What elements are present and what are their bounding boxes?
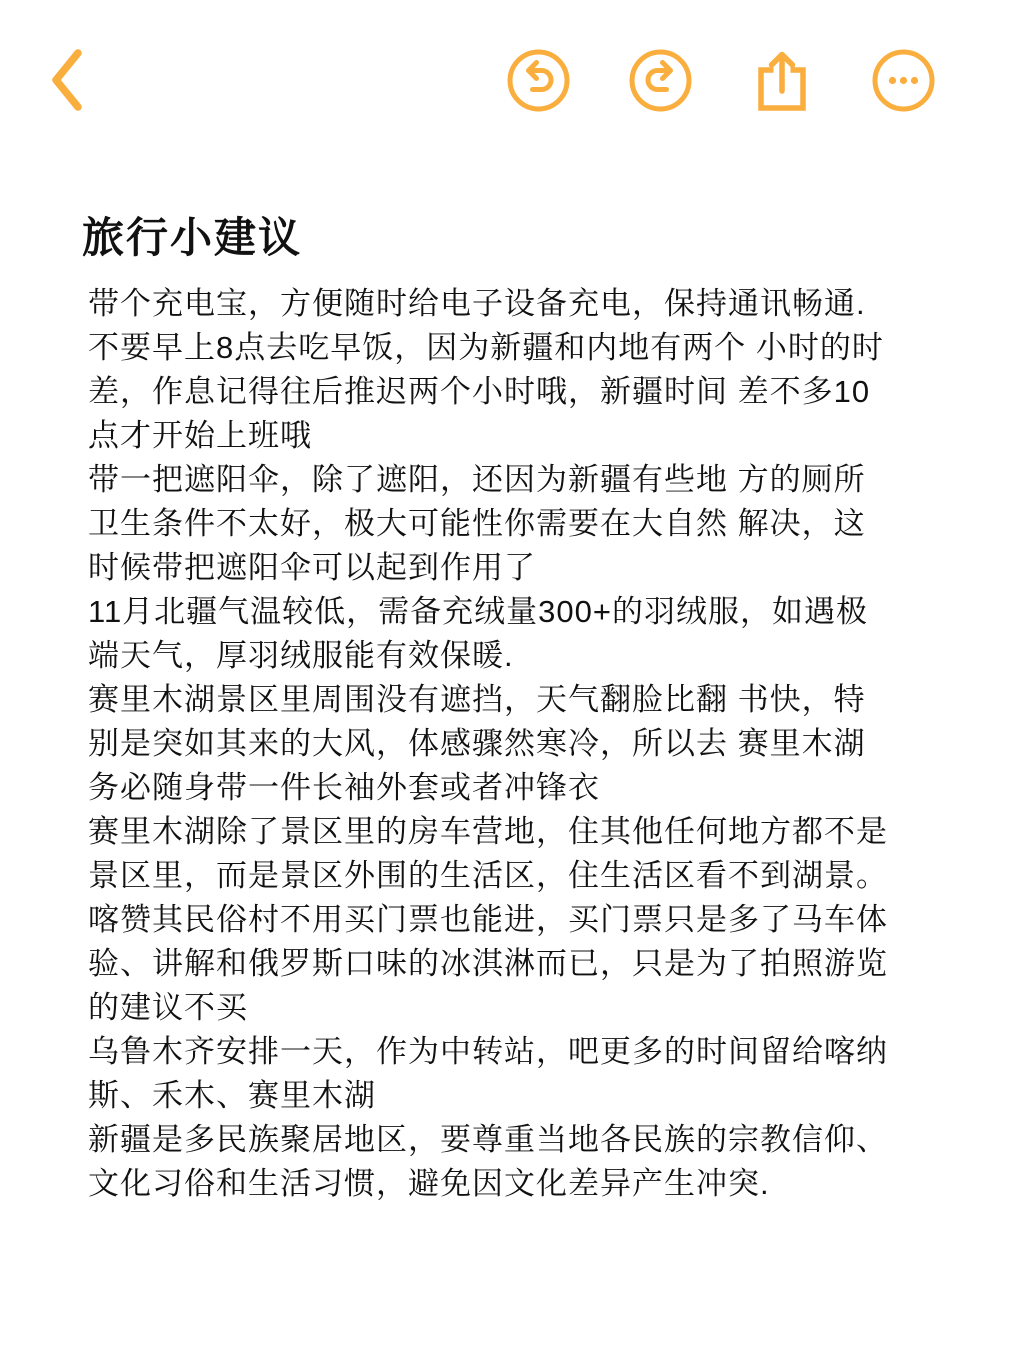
undo-button[interactable]	[507, 49, 570, 112]
note-line: 时候带把遮阳伞可以起到作用了	[88, 546, 964, 590]
toolbar-actions	[507, 47, 935, 113]
note-line: 斯、禾木、赛里木湖	[88, 1074, 964, 1118]
more-button[interactable]	[872, 49, 935, 112]
note-line: 景区里，而是景区外围的生活区，住生活区看不到湖景。	[88, 854, 964, 898]
ellipsis-icon	[872, 49, 935, 112]
share-icon	[751, 47, 813, 113]
note-line: 不要早上8点去吃早饭，因为新疆和内地有两个 小时的时	[88, 326, 964, 370]
note-title: 旅行小建议	[82, 210, 964, 266]
note-line: 11月北疆气温较低，需备充绒量300+的羽绒服，如遇极	[88, 590, 964, 634]
note-line: 带一把遮阳伞，除了遮阳，还因为新疆有些地 方的厕所	[88, 458, 964, 502]
note-line: 喀赞其民俗村不用买门票也能进，买门票只是多了马车体	[88, 898, 964, 942]
note-line: 赛里木湖除了景区里的房车营地，住其他任何地方都不是	[88, 810, 964, 854]
note-line: 的建议不买	[88, 986, 964, 1030]
note-line: 差，作息记得往后推迟两个小时哦，新疆时间 差不多10	[88, 370, 964, 414]
back-button[interactable]	[45, 47, 87, 113]
note-body: 带个充电宝，方便随时给电子设备充电，保持通讯畅通.不要早上8点去吃早饭，因为新疆…	[88, 282, 964, 1206]
redo-button[interactable]	[629, 49, 692, 112]
note-line: 务必随身带一件长袖外套或者冲锋衣	[88, 766, 964, 810]
note-line: 文化习俗和生活习惯，避免因文化差异产生冲突.	[88, 1162, 964, 1206]
note-line: 端天气，厚羽绒服能有效保暖.	[88, 634, 964, 678]
note-line: 带个充电宝，方便随时给电子设备充电，保持通讯畅通.	[88, 282, 964, 326]
share-button[interactable]	[751, 47, 813, 113]
redo-arrow-icon	[629, 49, 692, 112]
chevron-left-icon	[45, 47, 87, 113]
note-line: 乌鲁木齐安排一天，作为中转站，吧更多的时间留给喀纳	[88, 1030, 964, 1074]
undo-arrow-icon	[507, 49, 570, 112]
note-line: 点才开始上班哦	[88, 414, 964, 458]
note-line: 验、讲解和俄罗斯口味的冰淇淋而已，只是为了拍照游览	[88, 942, 964, 986]
note-line: 赛里木湖景区里周围没有遮挡，天气翻脸比翻 书快，特	[88, 678, 964, 722]
toolbar	[0, 46, 1024, 114]
note-line: 新疆是多民族聚居地区，要尊重当地各民族的宗教信仰、	[88, 1118, 964, 1162]
note-line: 别是突如其来的大风，体感骤然寒冷，所以去 赛里木湖	[88, 722, 964, 766]
note-line: 卫生条件不太好，极大可能性你需要在大自然 解决，这	[88, 502, 964, 546]
note-editor[interactable]: 旅行小建议 带个充电宝，方便随时给电子设备充电，保持通讯畅通.不要早上8点去吃早…	[0, 210, 1024, 1206]
